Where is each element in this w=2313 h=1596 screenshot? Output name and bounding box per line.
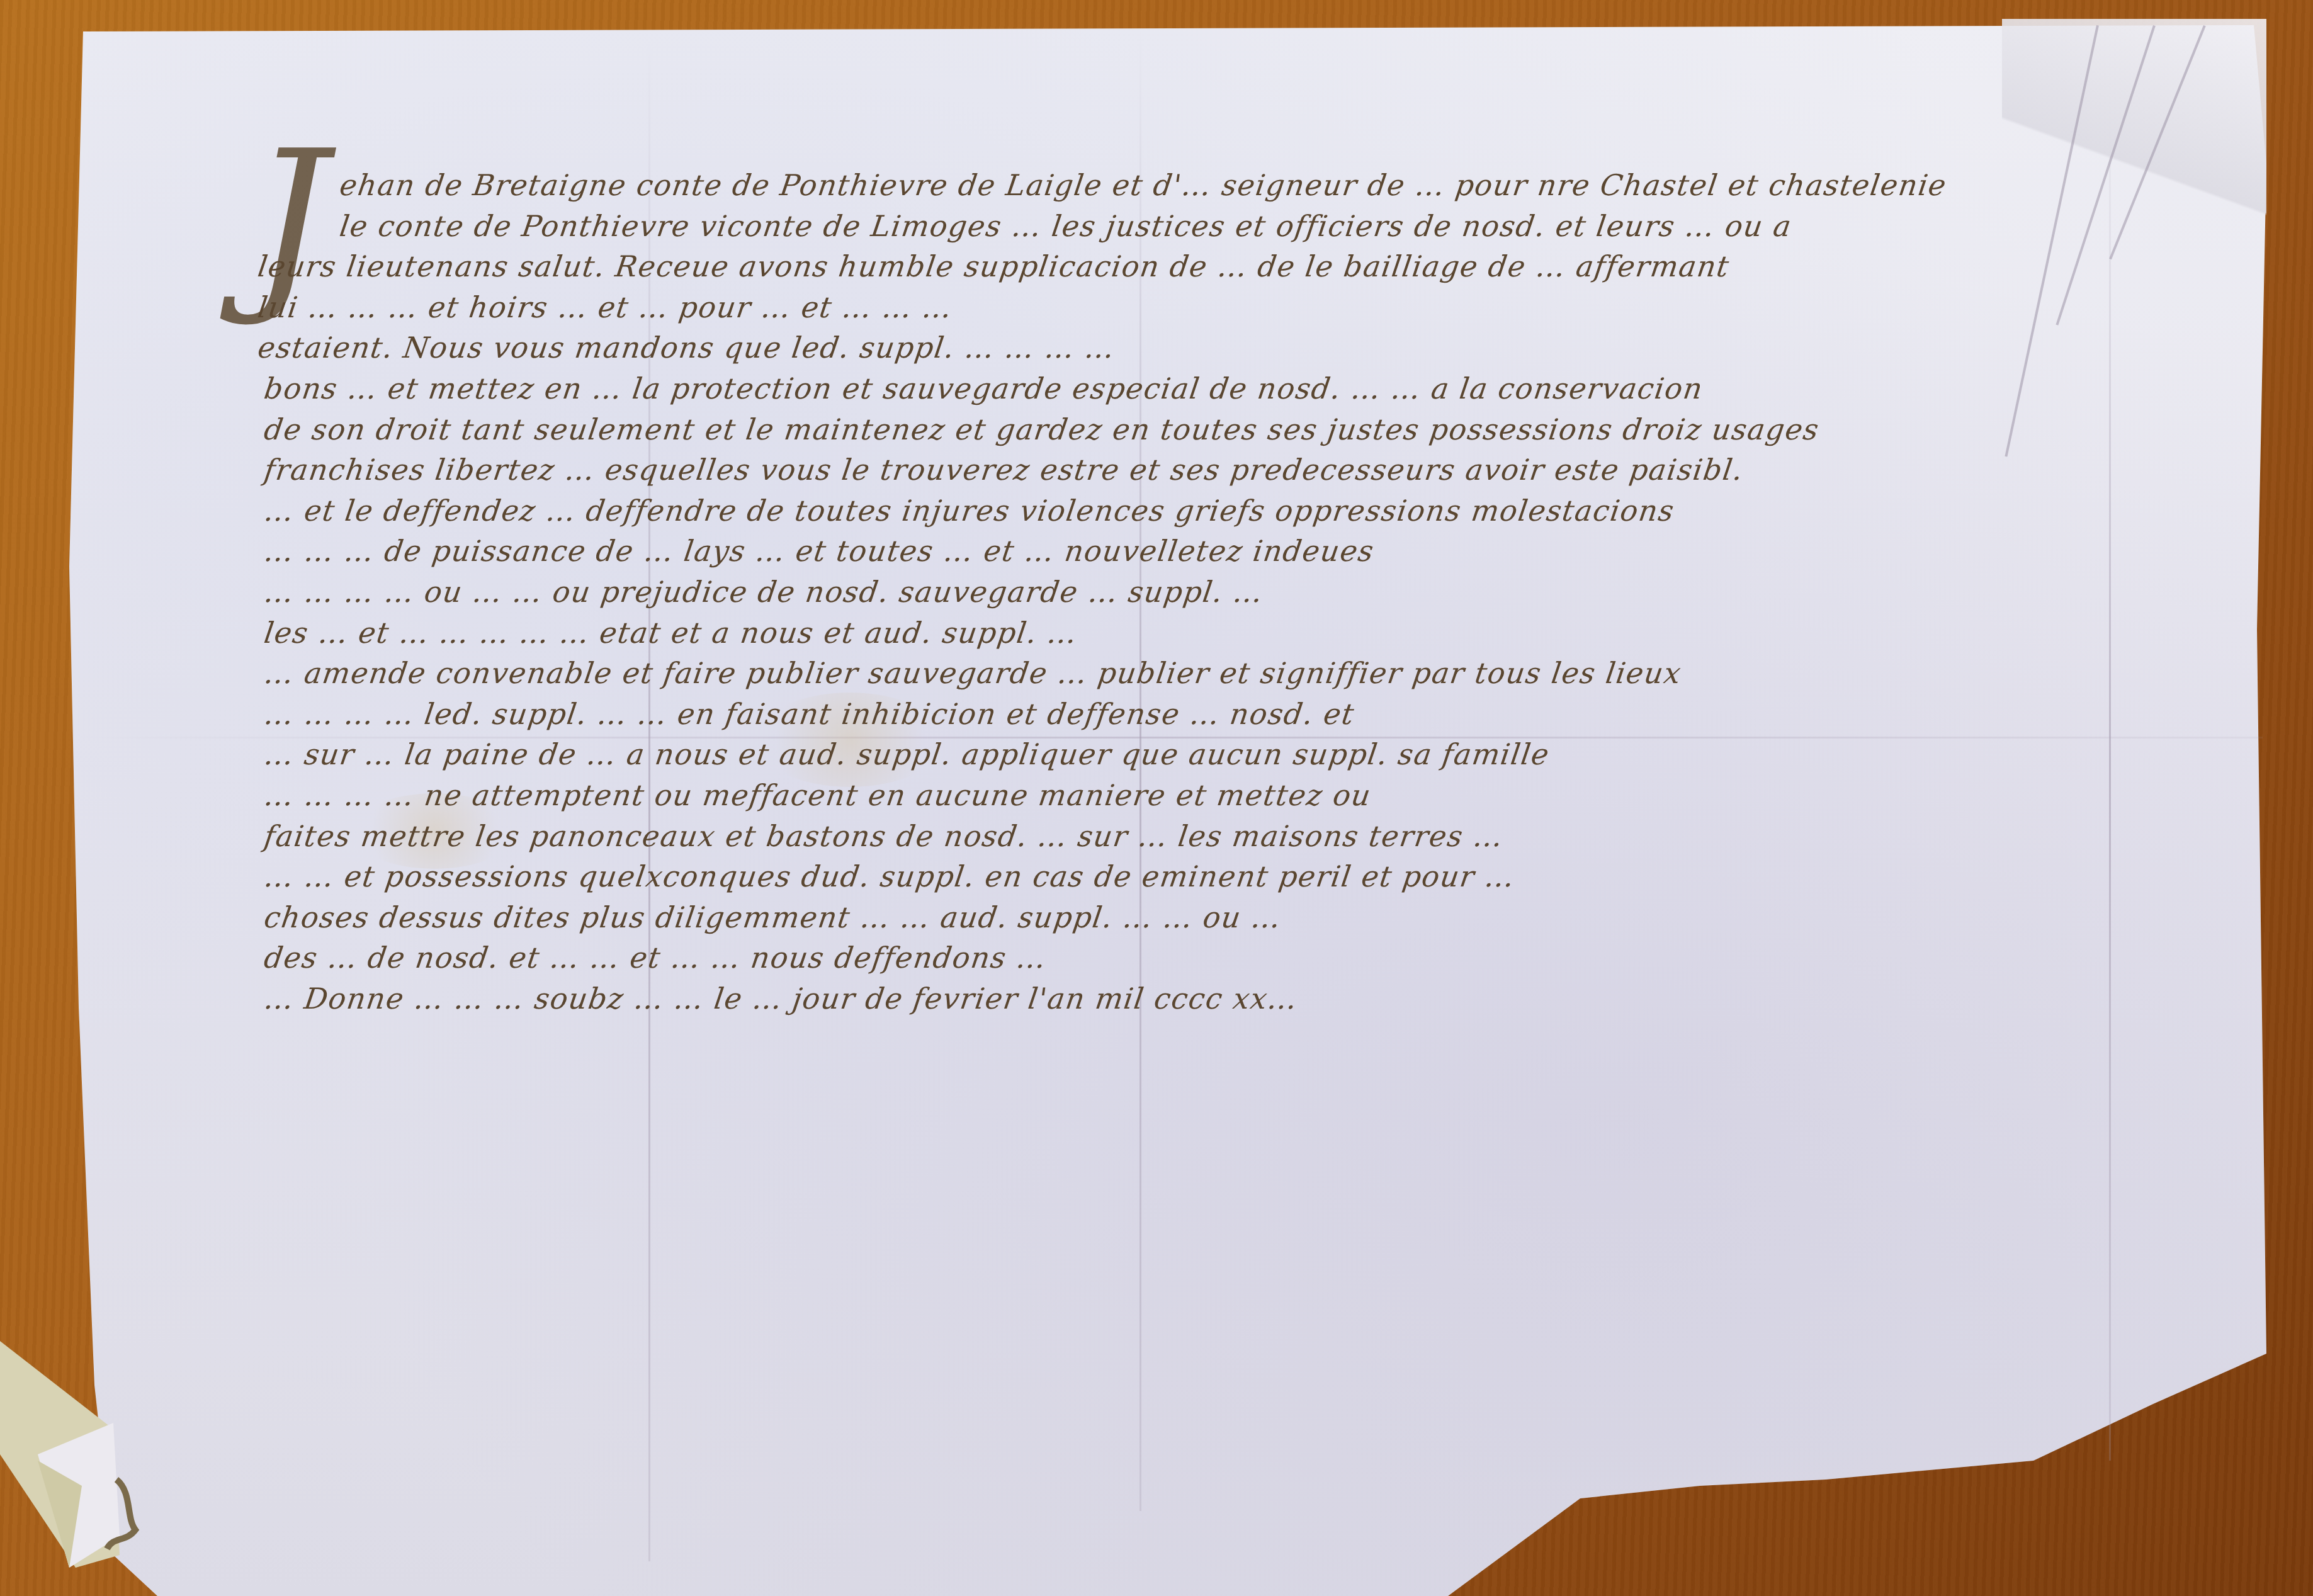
text-line: ehan de Bretaigne conte de Ponthievre de… (337, 165, 2231, 206)
text-line: … … … de puissance de … lays … et toutes… (261, 531, 2231, 572)
charter-text: ehan de Bretaigne conte de Ponthievre de… (340, 165, 2229, 1019)
parchment-tag-with-string (0, 1328, 151, 1580)
text-line: estaient. Nous vous mandons que led. sup… (255, 327, 2231, 368)
text-line: franchises libertez … esquelles vous le … (261, 450, 2231, 490)
text-line: … et le deffendez … deffendre de toutes … (261, 490, 2231, 531)
text-line: … sur … la paine de … a nous et aud. sup… (261, 734, 2231, 775)
text-line: … … et possessions quelxconques dud. sup… (261, 856, 2231, 897)
text-line: … Donne … … … soubz … … le … jour de fev… (261, 978, 2231, 1019)
text-line: le conte de Ponthievre viconte de Limoge… (337, 206, 2231, 247)
text-line: … amende convenable et faire publier sau… (261, 653, 2231, 694)
text-line: de son droit tant seulement et le mainte… (261, 409, 2231, 450)
text-line: leurs lieutenans salut. Receue avons hum… (255, 246, 2231, 287)
text-line: des … de nosd. et … … et … … nous deffen… (261, 937, 2231, 978)
text-line: faites mettre les panonceaux et bastons … (261, 816, 2231, 857)
text-line: les … et … … … … … etat et a nous et aud… (261, 613, 2231, 654)
text-line: … … … … ou … … ou prejudice de nosd. sau… (261, 572, 2231, 613)
text-line: … … … … ne attemptent ou meffacent en au… (261, 775, 2231, 816)
text-line: … … … … led. suppl. … … en faisant inhib… (261, 694, 2231, 735)
text-line: lui … … … et hoirs … et … pour … et … … … (255, 287, 2231, 328)
text-line: choses dessus dites plus diligemment … …… (261, 897, 2231, 938)
text-line: bons … et mettez en … la protection et s… (261, 368, 2231, 409)
